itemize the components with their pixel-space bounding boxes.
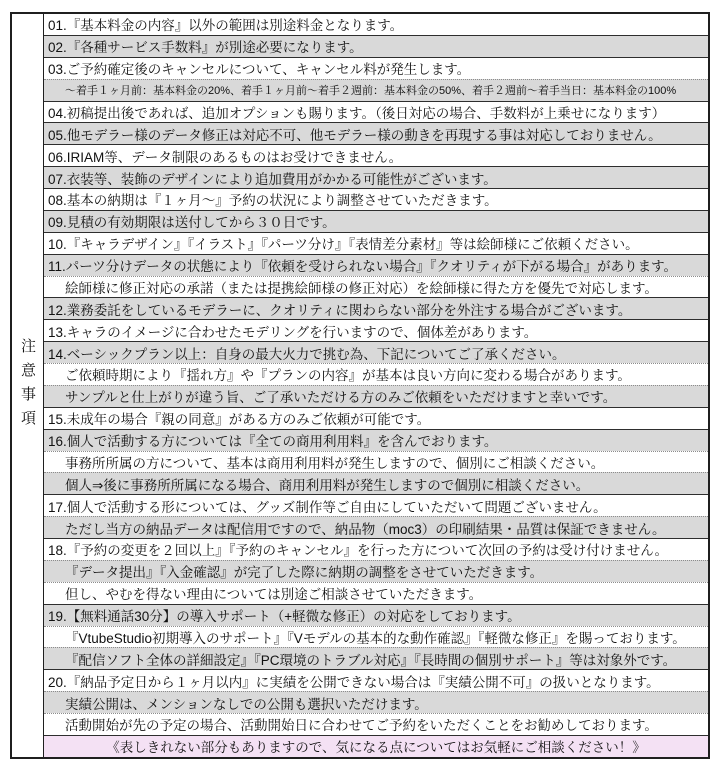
- note-row-text: 01.『基本料金の内容』以外の範囲は別途料金となります。: [48, 14, 403, 34]
- note-row-text: 06.IRIAM等、データ制限のあるものはお受けできません。: [48, 146, 402, 166]
- note-row-3: 03.ご予約確定後のキャンセルについて、キャンセル料が発生します。: [44, 57, 708, 79]
- notes-header-cell: 注意事項: [12, 14, 44, 757]
- note-row-text: 07.衣装等、装飾のデザインにより追加費用がかかる可能性がございます。: [48, 168, 497, 188]
- note-row-22: 個人⇒後に事務所所属になる場合、商用利用料が発生しますので個別に相談ください。: [44, 472, 708, 494]
- note-row-text: 02.『各種サービス手数料』が別途必要になります。: [48, 36, 363, 56]
- note-row-25: 18.『予約の変更を２回以上』『予約のキャンセル』を行った方について次回の予約は…: [44, 538, 708, 560]
- note-row-7: 06.IRIAM等、データ制限のあるものはお受けできません。: [44, 144, 708, 166]
- note-row-text: 15.未成年の場合『親の同意』がある方のみご依頼が可能です。: [48, 408, 430, 428]
- note-row-text: ～着手１ヶ月前：基本料金の20%、着手１ヶ月前～着手２週前：基本料金の50%、着…: [65, 82, 676, 98]
- note-row-text: 05.他モデラー様のデータ修正は対応不可、他モデラー様の動きを再現する事は対応し…: [48, 124, 662, 144]
- note-row-12: 11.パーツ分けデータの状態により『依頼を受けられない場合』『クオリティが下がる…: [44, 254, 708, 276]
- note-row-text: 個人⇒後に事務所所属になる場合、商用利用料が発生しますので個別に相談ください。: [65, 474, 589, 494]
- note-row-text: 04.初稿提出後であれば、追加オプションも賜ります。（後日対応の場合、手数料が上…: [48, 102, 665, 122]
- note-row-text: ただし当方の納品データは配信用ですので、納品物（moc3）の印刷結果・品質は保証…: [65, 518, 666, 538]
- note-row-text: 『配信ソフト全体の詳細設定』『PC環境のトラブル対応』『長時間の個別サポート』等…: [65, 649, 676, 669]
- note-row-19: 15.未成年の場合『親の同意』がある方のみご依頼が可能です。: [44, 407, 708, 429]
- note-row-text: 事務所所属の方について、基本は商用利用料が発生しますので、個別にご相談ください。: [65, 452, 604, 472]
- note-row-text: 19.【無料通話30分】の導入サポート（+軽微な修正）の対応をしております。: [48, 605, 521, 625]
- notes-header-label: 注意事項: [17, 338, 38, 434]
- note-row-2: 02.『各種サービス手数料』が別途必要になります。: [44, 35, 708, 57]
- note-row-17: ご依頼時期により『揺れ方』や『プランの内容』が基本は良い方向に変わる場合がありま…: [44, 363, 708, 385]
- note-row-text: 11.パーツ分けデータの状態により『依頼を受けられない場合』『クオリティが下がる…: [48, 255, 677, 275]
- note-row-18: サンプルと仕上がりが違う旨、ご了承いただける方のみご依頼をいただけますと幸いです…: [44, 385, 708, 407]
- note-row-6: 05.他モデラー様のデータ修正は対応不可、他モデラー様の動きを再現する事は対応し…: [44, 122, 708, 144]
- note-row-33: 活動開始が先の予定の場合、活動開始日に合わせてご予約をいただくことをお勧めしてお…: [44, 713, 708, 735]
- note-row-5: 04.初稿提出後であれば、追加オプションも賜ります。（後日対応の場合、手数料が上…: [44, 101, 708, 123]
- note-row-34: 《表しきれない部分もありますので、気になる点についてはお気軽にご相談ください！》: [44, 735, 708, 757]
- notes-rows: 01.『基本料金の内容』以外の範囲は別途料金となります。02.『各種サービス手数…: [44, 14, 708, 757]
- note-row-30: 『配信ソフト全体の詳細設定』『PC環境のトラブル対応』『長時間の個別サポート』等…: [44, 647, 708, 669]
- note-row-29: 『VtubeStudio初期導入のサポート』『Vモデルの基本的な動作確認』『軽微…: [44, 626, 708, 648]
- note-row-text: 16.個人で活動する方については『全ての商用利用料』を含んでおります。: [48, 430, 497, 450]
- note-row-text: サンプルと仕上がりが違う旨、ご了承いただける方のみご依頼をいただけますと幸いです…: [65, 386, 616, 406]
- note-row-text: 『データ提出』『入金確認』が完了した際に納期の調整をさせていただきます。: [65, 561, 543, 581]
- note-row-text: 14.ベーシックプラン以上：自身の最大火力で挑む為、下記についてご了承ください。: [48, 343, 565, 363]
- note-row-1: 01.『基本料金の内容』以外の範囲は別途料金となります。: [44, 14, 708, 35]
- note-row-text: 18.『予約の変更を２回以上』『予約のキャンセル』を行った方について次回の予約は…: [48, 539, 668, 559]
- note-row-4: ～着手１ヶ月前：基本料金の20%、着手１ヶ月前～着手２週前：基本料金の50%、着…: [44, 79, 708, 101]
- note-row-text: 《表しきれない部分もありますので、気になる点についてはお気軽にご相談ください！》: [106, 736, 645, 756]
- notes-table: 注意事項 01.『基本料金の内容』以外の範囲は別途料金となります。02.『各種サ…: [10, 12, 710, 759]
- note-row-text: 但し、やむを得ない理由については別途ご相談させていただきます。: [65, 583, 482, 603]
- note-row-16: 14.ベーシックプラン以上：自身の最大火力で挑む為、下記についてご了承ください。: [44, 341, 708, 363]
- note-row-10: 09.見積の有効期限は送付してから３０日です。: [44, 210, 708, 232]
- note-row-14: 12.業務委託をしているモデラーに、クオリティに関わらない部分を外注する場合がご…: [44, 297, 708, 319]
- note-row-text: 03.ご予約確定後のキャンセルについて、キャンセル料が発生します。: [48, 58, 470, 78]
- note-row-15: 13.キャラのイメージに合わせたモデリングを行いますので、個体差があります。: [44, 319, 708, 341]
- note-row-26: 『データ提出』『入金確認』が完了した際に納期の調整をさせていただきます。: [44, 560, 708, 582]
- note-row-23: 17.個人で活動する形については、グッズ制作等ご自由にしていただいて問題ございま…: [44, 494, 708, 516]
- note-row-text: 08.基本の納期は『１ヶ月～』予約の状況により調整させていただきます。: [48, 189, 498, 209]
- note-row-31: 20.『納品予定日から１ヶ月以内』に実績を公開できない場合は『実績公開不可』の扱…: [44, 669, 708, 691]
- note-row-text: 活動開始が先の予定の場合、活動開始日に合わせてご予約をいただくことをお勧めしてお…: [65, 714, 658, 734]
- note-row-9: 08.基本の納期は『１ヶ月～』予約の状況により調整させていただきます。: [44, 188, 708, 210]
- note-row-text: 絵師様に修正対応の承諾（または提携絵師様の修正対応）を絵師様に得た方を優先で対応…: [65, 277, 658, 297]
- note-row-11: 10.『キャラデザイン』『イラスト』『パーツ分け』『表情差分素材』等は絵師様にご…: [44, 232, 708, 254]
- note-row-text: 実績公開は、メンションなしでの公開も選択いただけます。: [65, 693, 428, 713]
- note-row-text: 20.『納品予定日から１ヶ月以内』に実績を公開できない場合は『実績公開不可』の扱…: [48, 671, 660, 691]
- note-row-8: 07.衣装等、装飾のデザインにより追加費用がかかる可能性がございます。: [44, 166, 708, 188]
- note-row-13: 絵師様に修正対応の承諾（または提携絵師様の修正対応）を絵師様に得た方を優先で対応…: [44, 276, 708, 298]
- note-row-text: 10.『キャラデザイン』『イラスト』『パーツ分け』『表情差分素材』等は絵師様にご…: [48, 233, 639, 253]
- note-row-32: 実績公開は、メンションなしでの公開も選択いただけます。: [44, 691, 708, 713]
- note-row-28: 19.【無料通話30分】の導入サポート（+軽微な修正）の対応をしております。: [44, 604, 708, 626]
- note-row-text: 09.見積の有効期限は送付してから３０日です。: [48, 211, 336, 231]
- note-row-text: 『VtubeStudio初期導入のサポート』『Vモデルの基本的な動作確認』『軽微…: [65, 627, 686, 647]
- note-row-21: 事務所所属の方について、基本は商用利用料が発生しますので、個別にご相談ください。: [44, 451, 708, 473]
- note-row-27: 但し、やむを得ない理由については別途ご相談させていただきます。: [44, 582, 708, 604]
- note-row-text: 12.業務委託をしているモデラーに、クオリティに関わらない部分を外注する場合がご…: [48, 299, 631, 319]
- note-row-text: 13.キャラのイメージに合わせたモデリングを行いますので、個体差があります。: [48, 321, 537, 341]
- note-row-24: ただし当方の納品データは配信用ですので、納品物（moc3）の印刷結果・品質は保証…: [44, 516, 708, 538]
- note-row-text: ご依頼時期により『揺れ方』や『プランの内容』が基本は良い方向に変わる場合がありま…: [65, 364, 631, 384]
- note-row-text: 17.個人で活動する形については、グッズ制作等ご自由にしていただいて問題ございま…: [48, 496, 607, 516]
- note-row-20: 16.個人で活動する方については『全ての商用利用料』を含んでおります。: [44, 429, 708, 451]
